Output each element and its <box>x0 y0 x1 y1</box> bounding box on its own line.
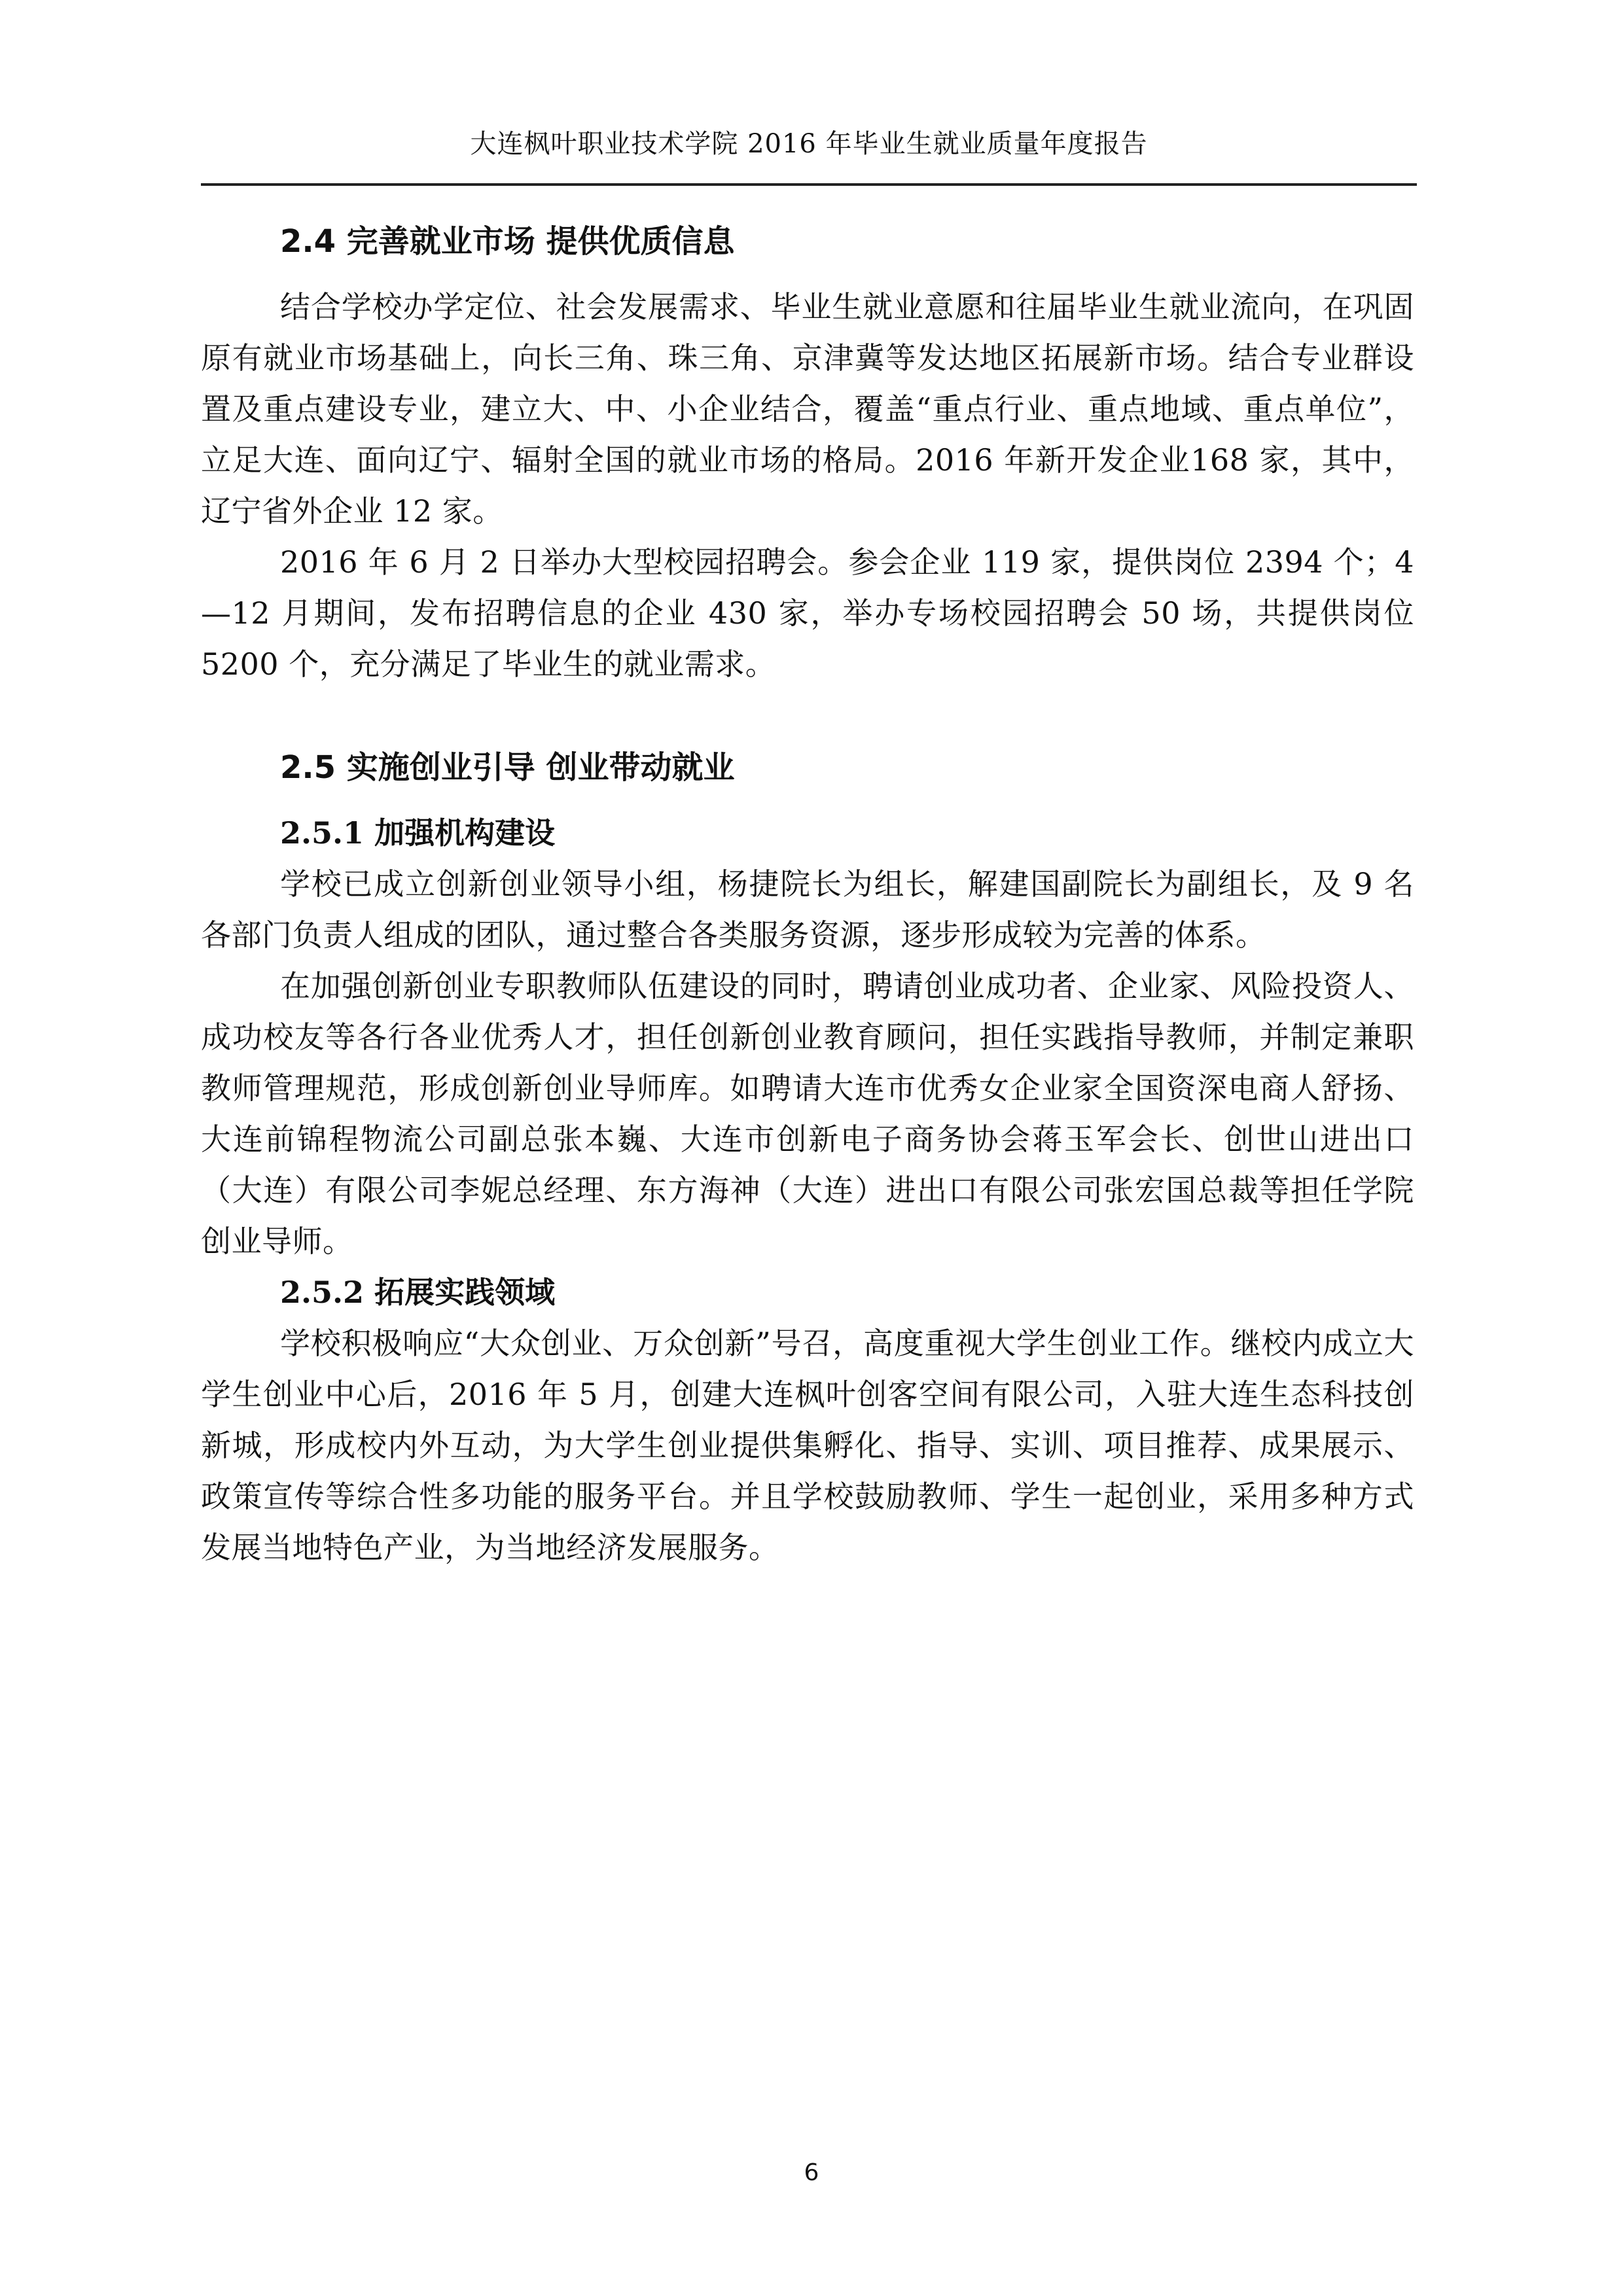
section-heading: 2.5 实施创业引导 创业带动就业 <box>201 742 1414 793</box>
header-divider <box>201 183 1417 186</box>
paragraph: 学校积极响应“大众创业、万众创新”号召，高度重视大学生创业工作。继校内成立大学生… <box>201 1318 1414 1573</box>
section-2-4: 2.4 完善就业市场 提供优质信息 结合学校办学定位、社会发展需求、毕业生就业意… <box>201 216 1414 690</box>
section-heading: 2.4 完善就业市场 提供优质信息 <box>201 216 1414 267</box>
page-number: 6 <box>0 2159 1623 2186</box>
subsection-heading: 2.5.2 拓展实践领域 <box>201 1267 1414 1318</box>
section-2-5: 2.5 实施创业引导 创业带动就业 2.5.1 加强机构建设 学校已成立创新创业… <box>201 742 1414 1573</box>
paragraph: 结合学校办学定位、社会发展需求、毕业生就业意愿和往届毕业生就业流向，在巩固原有就… <box>201 281 1414 537</box>
document-body: 2.4 完善就业市场 提供优质信息 结合学校办学定位、社会发展需求、毕业生就业意… <box>201 216 1414 1573</box>
paragraph: 2016 年 6 月 2 日举办大型校园招聘会。参会企业 119 家，提供岗位 … <box>201 537 1414 690</box>
paragraph: 学校已成立创新创业领导小组，杨捷院长为组长，解建国副院长为副组长，及 9 名各部… <box>201 858 1414 961</box>
subsection-heading: 2.5.1 加强机构建设 <box>201 807 1414 858</box>
running-header: 大连枫叶职业技术学院 2016 年毕业生就业质量年度报告 <box>201 124 1417 164</box>
subsection-2-5-1: 2.5.1 加强机构建设 学校已成立创新创业领导小组，杨捷院长为组长，解建国副院… <box>201 807 1414 1267</box>
subsection-2-5-2: 2.5.2 拓展实践领域 学校积极响应“大众创业、万众创新”号召，高度重视大学生… <box>201 1267 1414 1573</box>
paragraph: 在加强创新创业专职教师队伍建设的同时，聘请创业成功者、企业家、风险投资人、成功校… <box>201 961 1414 1267</box>
